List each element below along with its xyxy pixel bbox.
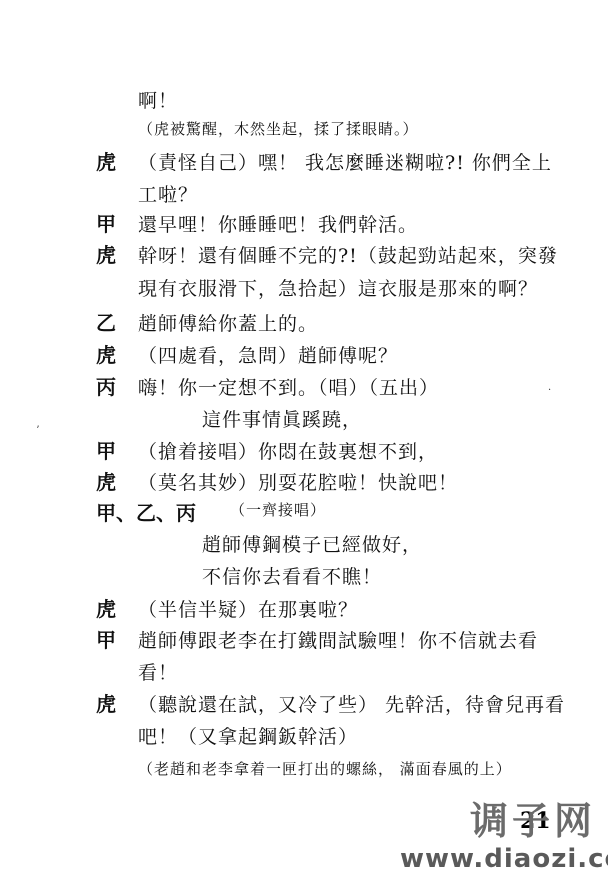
dialogue-line: 吧！（又拿起鋼鈑幹活） [138, 722, 358, 749]
dialogue-line: （責怪自己）嘿！ 我怎麼睡迷糊啦?! 你們全上 [138, 148, 552, 175]
dialogue-line: （四處看，急問）趙師傅呢？ [138, 341, 398, 368]
watermark: 调子网 www.diaozi.com [470, 800, 596, 842]
dialogue-line: （搶着接唱）你悶在鼓裏想不到， [138, 437, 438, 464]
dialogue-line: （一齊接唱） [230, 499, 326, 520]
speaker-label: 虎 [96, 339, 116, 368]
speaker-label: 虎 [96, 466, 116, 495]
dialogue-line: （莫名其妙）別耍花腔啦！快說吧！ [138, 468, 458, 495]
dialogue-line: （虎被驚醒，木然坐起，揉了揉眼睛。） [138, 118, 419, 139]
speaker-label: 虎 [96, 593, 116, 622]
speaker-label: 甲 [96, 435, 116, 464]
dialogue-line: 不信你去看看不瞧！ [202, 562, 382, 589]
dialogue-line: （半信半疑）在那裏啦？ [138, 595, 358, 622]
dialogue-line: 啊！ [138, 86, 178, 113]
scan-speck: . [548, 382, 551, 393]
dialogue-line: 工啦？ [138, 180, 198, 207]
dialogue-line: 幹呀！還有個睡不完的?!（鼓起勁站起來，突發 [138, 241, 558, 268]
dialogue-line: 看！ [138, 658, 178, 685]
watermark-url: www.diaozi.com [400, 844, 608, 874]
speaker-label: 甲 [96, 208, 116, 237]
dialogue-line: 趙師傅跟老李在打鐵間試驗哩！你不信就去看 [138, 626, 538, 653]
speaker-label: 甲 [96, 624, 116, 653]
speaker-label: 乙 [96, 307, 116, 336]
dialogue-line: 現有衣服滑下，急拾起）這衣服是那來的啊？ [138, 274, 538, 301]
speaker-label: 虎 [96, 239, 116, 268]
speaker-label: 虎 [96, 146, 116, 175]
dialogue-line: 這件事情眞蹊蹺， [202, 405, 362, 432]
dialogue-line: 趙師傅給你蓋上的。 [138, 309, 318, 336]
speaker-label: 虎 [96, 688, 116, 717]
dialogue-line: 趙師傅鋼模子已經做好， [202, 530, 422, 557]
dialogue-line: （老趙和老李拿着一匣打出的螺絲， 滿面春風的上） [138, 758, 512, 779]
scan-speck: ʼ [36, 425, 39, 436]
speaker-label: 丙 [96, 371, 116, 400]
dialogue-line: 嗨！你一定想不到。（唱）（五出） [138, 373, 439, 400]
watermark-title: 调子网 [470, 800, 596, 842]
dialogue-line: （聽說還在試，又冷了些） 先幹活，待會兒再看 [138, 690, 565, 717]
speaker-label: 甲、乙、丙 [96, 497, 196, 526]
dialogue-line: 還早哩！你睡睡吧！我們幹活。 [138, 210, 418, 237]
